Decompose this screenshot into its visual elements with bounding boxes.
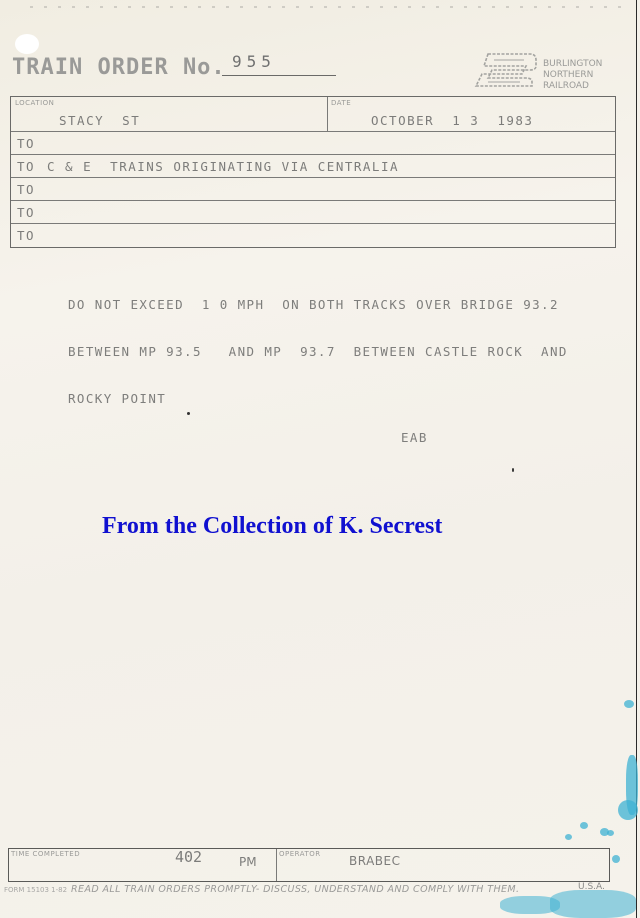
column-divider xyxy=(276,849,277,881)
time-completed-label: TIME COMPLETED xyxy=(11,850,80,858)
time-period: PM xyxy=(239,855,257,869)
location-value: STACY ST xyxy=(59,113,140,128)
to-label: TO xyxy=(17,228,35,243)
to-row: TO xyxy=(11,178,615,201)
form-title: TRAIN ORDER No. xyxy=(12,55,226,80)
to-value: C & E TRAINS ORIGINATING VIA CENTRALIA xyxy=(47,159,399,174)
railroad-name-line3: RAILROAD xyxy=(543,81,602,92)
location-label: LOCATION xyxy=(15,99,54,107)
address-block: LOCATION STACY ST DATE OCTOBER 1 3 1983 … xyxy=(10,96,616,248)
collection-watermark: From the Collection of K. Secrest xyxy=(102,513,442,540)
railroad-name-line1: BURLINGTON xyxy=(543,59,602,70)
ink-speck xyxy=(512,468,514,472)
to-label: TO xyxy=(17,182,35,197)
order-text-line: BETWEEN MP 93.5 AND MP 93.7 BETWEEN CAST… xyxy=(68,344,568,359)
to-row: TO C & E TRAINS ORIGINATING VIA CENTRALI… xyxy=(11,155,615,178)
form-footer: FORM 15103 1-82READ ALL TRAIN ORDERS PRO… xyxy=(4,884,519,895)
railroad-name: BURLINGTON NORTHERN RAILROAD xyxy=(543,59,602,92)
order-number: 955 xyxy=(232,52,276,71)
ink-speck xyxy=(187,412,190,415)
dispatcher-initials: EAB xyxy=(401,430,428,445)
footer-instruction: READ ALL TRAIN ORDERS PROMPTLY- DISCUSS,… xyxy=(71,884,519,895)
order-number-underline xyxy=(222,75,336,76)
date-label: DATE xyxy=(331,99,351,107)
perforation-dots xyxy=(30,6,630,8)
completion-block: TIME COMPLETED 402 PM OPERATOR BRABEC xyxy=(8,848,610,882)
to-row: TO xyxy=(11,224,615,247)
order-text-line: ROCKY POINT xyxy=(68,391,166,406)
to-label: TO xyxy=(17,205,35,220)
to-label: TO xyxy=(17,159,35,174)
date-value: OCTOBER 1 3 1983 xyxy=(371,113,533,128)
to-row: TO xyxy=(11,201,615,224)
operator-value: BRABEC xyxy=(349,854,401,868)
punch-hole xyxy=(15,34,39,54)
bn-railroad-logo-icon xyxy=(474,52,538,88)
railroad-name-line2: NORTHERN xyxy=(543,70,602,81)
column-divider xyxy=(327,97,328,131)
location-date-row: LOCATION STACY ST DATE OCTOBER 1 3 1983 xyxy=(11,97,615,132)
operator-label: OPERATOR xyxy=(279,850,321,858)
time-completed-value: 402 xyxy=(175,848,202,866)
order-text-line: DO NOT EXCEED 1 0 MPH ON BOTH TRACKS OVE… xyxy=(68,297,559,312)
to-label: TO xyxy=(17,136,35,151)
train-order-form: TRAIN ORDER No. 955 BURLINGTON NORTHERN … xyxy=(0,0,637,918)
to-row: TO xyxy=(11,132,615,155)
form-number: FORM 15103 1-82 xyxy=(4,886,67,894)
